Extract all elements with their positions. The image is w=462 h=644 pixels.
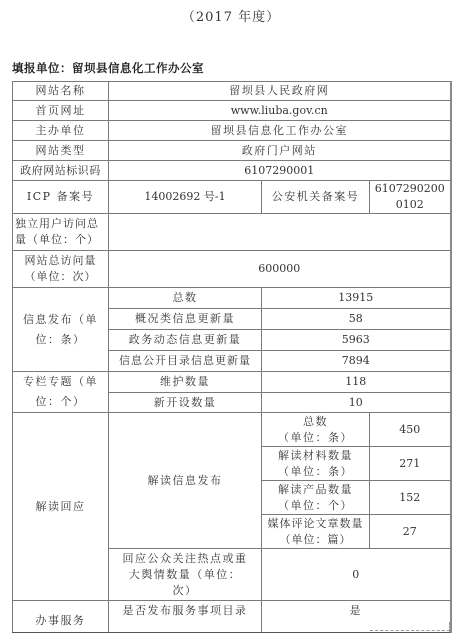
site-name-label: 网站名称 bbox=[13, 82, 109, 101]
row-service-catalog: 办事服务 是否发布服务事项目录 是 bbox=[13, 601, 451, 633]
info-total-label: 总数 bbox=[109, 288, 262, 309]
unique-visitors-value bbox=[109, 214, 451, 251]
homepage-url-value: www.liuba.gov.cn bbox=[109, 101, 451, 121]
interp-materials-unit: （单位：条） bbox=[264, 464, 367, 480]
columns-maintained-label: 维护数量 bbox=[109, 372, 262, 393]
interp-materials-value: 271 bbox=[370, 447, 451, 481]
info-overview-label: 概况类信息更新量 bbox=[109, 309, 262, 330]
interp-materials-title: 解读材料数量 bbox=[264, 448, 367, 464]
columns-maintained-value: 118 bbox=[262, 372, 451, 393]
total-visits-value: 600000 bbox=[109, 251, 451, 288]
page-cutoff-line bbox=[370, 630, 450, 631]
row-sponsor: 主办单位 留坝县信息化工作办公室 bbox=[13, 121, 451, 141]
website-annual-report-table: 网站名称 留坝县人民政府网 首页网址 www.liuba.gov.cn 主办单位… bbox=[12, 81, 452, 633]
sponsor-label: 主办单位 bbox=[13, 121, 109, 141]
police-record-value: 61072902000102 bbox=[370, 181, 451, 214]
interpretation-label: 解读回应 bbox=[13, 413, 109, 601]
services-label: 办事服务 bbox=[13, 601, 109, 633]
row-total-visits: 网站总访问量（单位：次） 600000 bbox=[13, 251, 451, 288]
info-publish-label: 信息发布（单位：条） bbox=[13, 288, 109, 372]
interp-products-unit: （单位：个） bbox=[264, 498, 367, 514]
row-site-id-code: 政府网站标识码 6107290001 bbox=[13, 161, 451, 181]
interp-products-label: 解读产品数量 （单位：个） bbox=[262, 481, 370, 515]
info-news-value: 5963 bbox=[262, 330, 451, 351]
row-homepage-url: 首页网址 www.liuba.gov.cn bbox=[13, 101, 451, 121]
homepage-url-label: 首页网址 bbox=[13, 101, 109, 121]
row-site-type: 网站类型 政府门户网站 bbox=[13, 141, 451, 161]
police-record-label: 公安机关备案号 bbox=[262, 181, 370, 214]
response-value: 0 bbox=[262, 549, 451, 601]
response-label: 回应公众关注热点或重大舆情数量（单位：次） bbox=[109, 549, 262, 601]
sponsor-value: 留坝县信息化工作办公室 bbox=[109, 121, 451, 141]
interp-products-value: 152 bbox=[370, 481, 451, 515]
interpretation-sub-label: 解读信息发布 bbox=[109, 413, 262, 549]
site-type-label: 网站类型 bbox=[13, 141, 109, 161]
interp-total-label: 总数 （单位：条） bbox=[262, 413, 370, 447]
service-catalog-value: 是 bbox=[262, 601, 451, 633]
row-info-total: 信息发布（单位：条） 总数 13915 bbox=[13, 288, 451, 309]
site-name-value: 留坝县人民政府网 bbox=[109, 82, 451, 101]
site-type-value: 政府门户网站 bbox=[109, 141, 451, 161]
report-year: （2017 年度） bbox=[0, 6, 462, 25]
info-overview-value: 58 bbox=[262, 309, 451, 330]
site-id-code-label: 政府网站标识码 bbox=[13, 161, 109, 181]
reporting-unit: 填报单位：留坝县信息化工作办公室 bbox=[12, 60, 204, 76]
interp-total-value: 450 bbox=[370, 413, 451, 447]
site-id-code-value: 6107290001 bbox=[109, 161, 451, 181]
icp-label: ICP 备案号 bbox=[13, 181, 109, 214]
row-interp-total: 解读回应 解读信息发布 总数 （单位：条） 450 bbox=[13, 413, 451, 447]
columns-new-value: 10 bbox=[262, 393, 451, 413]
row-site-name: 网站名称 留坝县人民政府网 bbox=[13, 82, 451, 101]
row-icp: ICP 备案号 14002692 号-1 公安机关备案号 61072902000… bbox=[13, 181, 451, 214]
interp-products-title: 解读产品数量 bbox=[264, 482, 367, 498]
row-columns-maintained: 专栏专题（单位：个） 维护数量 118 bbox=[13, 372, 451, 393]
icp-value: 14002692 号-1 bbox=[109, 181, 262, 214]
interp-media-value: 27 bbox=[370, 515, 451, 549]
special-columns-label: 专栏专题（单位：个） bbox=[13, 372, 109, 413]
info-total-value: 13915 bbox=[262, 288, 451, 309]
columns-new-label: 新开设数量 bbox=[109, 393, 262, 413]
interp-media-unit: （单位：篇） bbox=[264, 532, 367, 548]
info-catalog-label: 信息公开目录信息更新量 bbox=[109, 351, 262, 372]
page-cutoff-edge bbox=[449, 622, 450, 632]
info-news-label: 政务动态信息更新量 bbox=[109, 330, 262, 351]
interp-total-title: 总数 bbox=[264, 414, 367, 430]
interp-total-unit: （单位：条） bbox=[264, 430, 367, 446]
row-unique-visitors: 独立用户访问总量（单位：个） bbox=[13, 214, 451, 251]
info-catalog-value: 7894 bbox=[262, 351, 451, 372]
unique-visitors-label: 独立用户访问总量（单位：个） bbox=[13, 214, 109, 251]
total-visits-label: 网站总访问量（单位：次） bbox=[13, 251, 109, 288]
interp-materials-label: 解读材料数量 （单位：条） bbox=[262, 447, 370, 481]
interp-media-title: 媒体评论文章数量 bbox=[264, 516, 367, 532]
service-catalog-label: 是否发布服务事项目录 bbox=[109, 601, 262, 633]
interp-media-label: 媒体评论文章数量 （单位：篇） bbox=[262, 515, 370, 549]
